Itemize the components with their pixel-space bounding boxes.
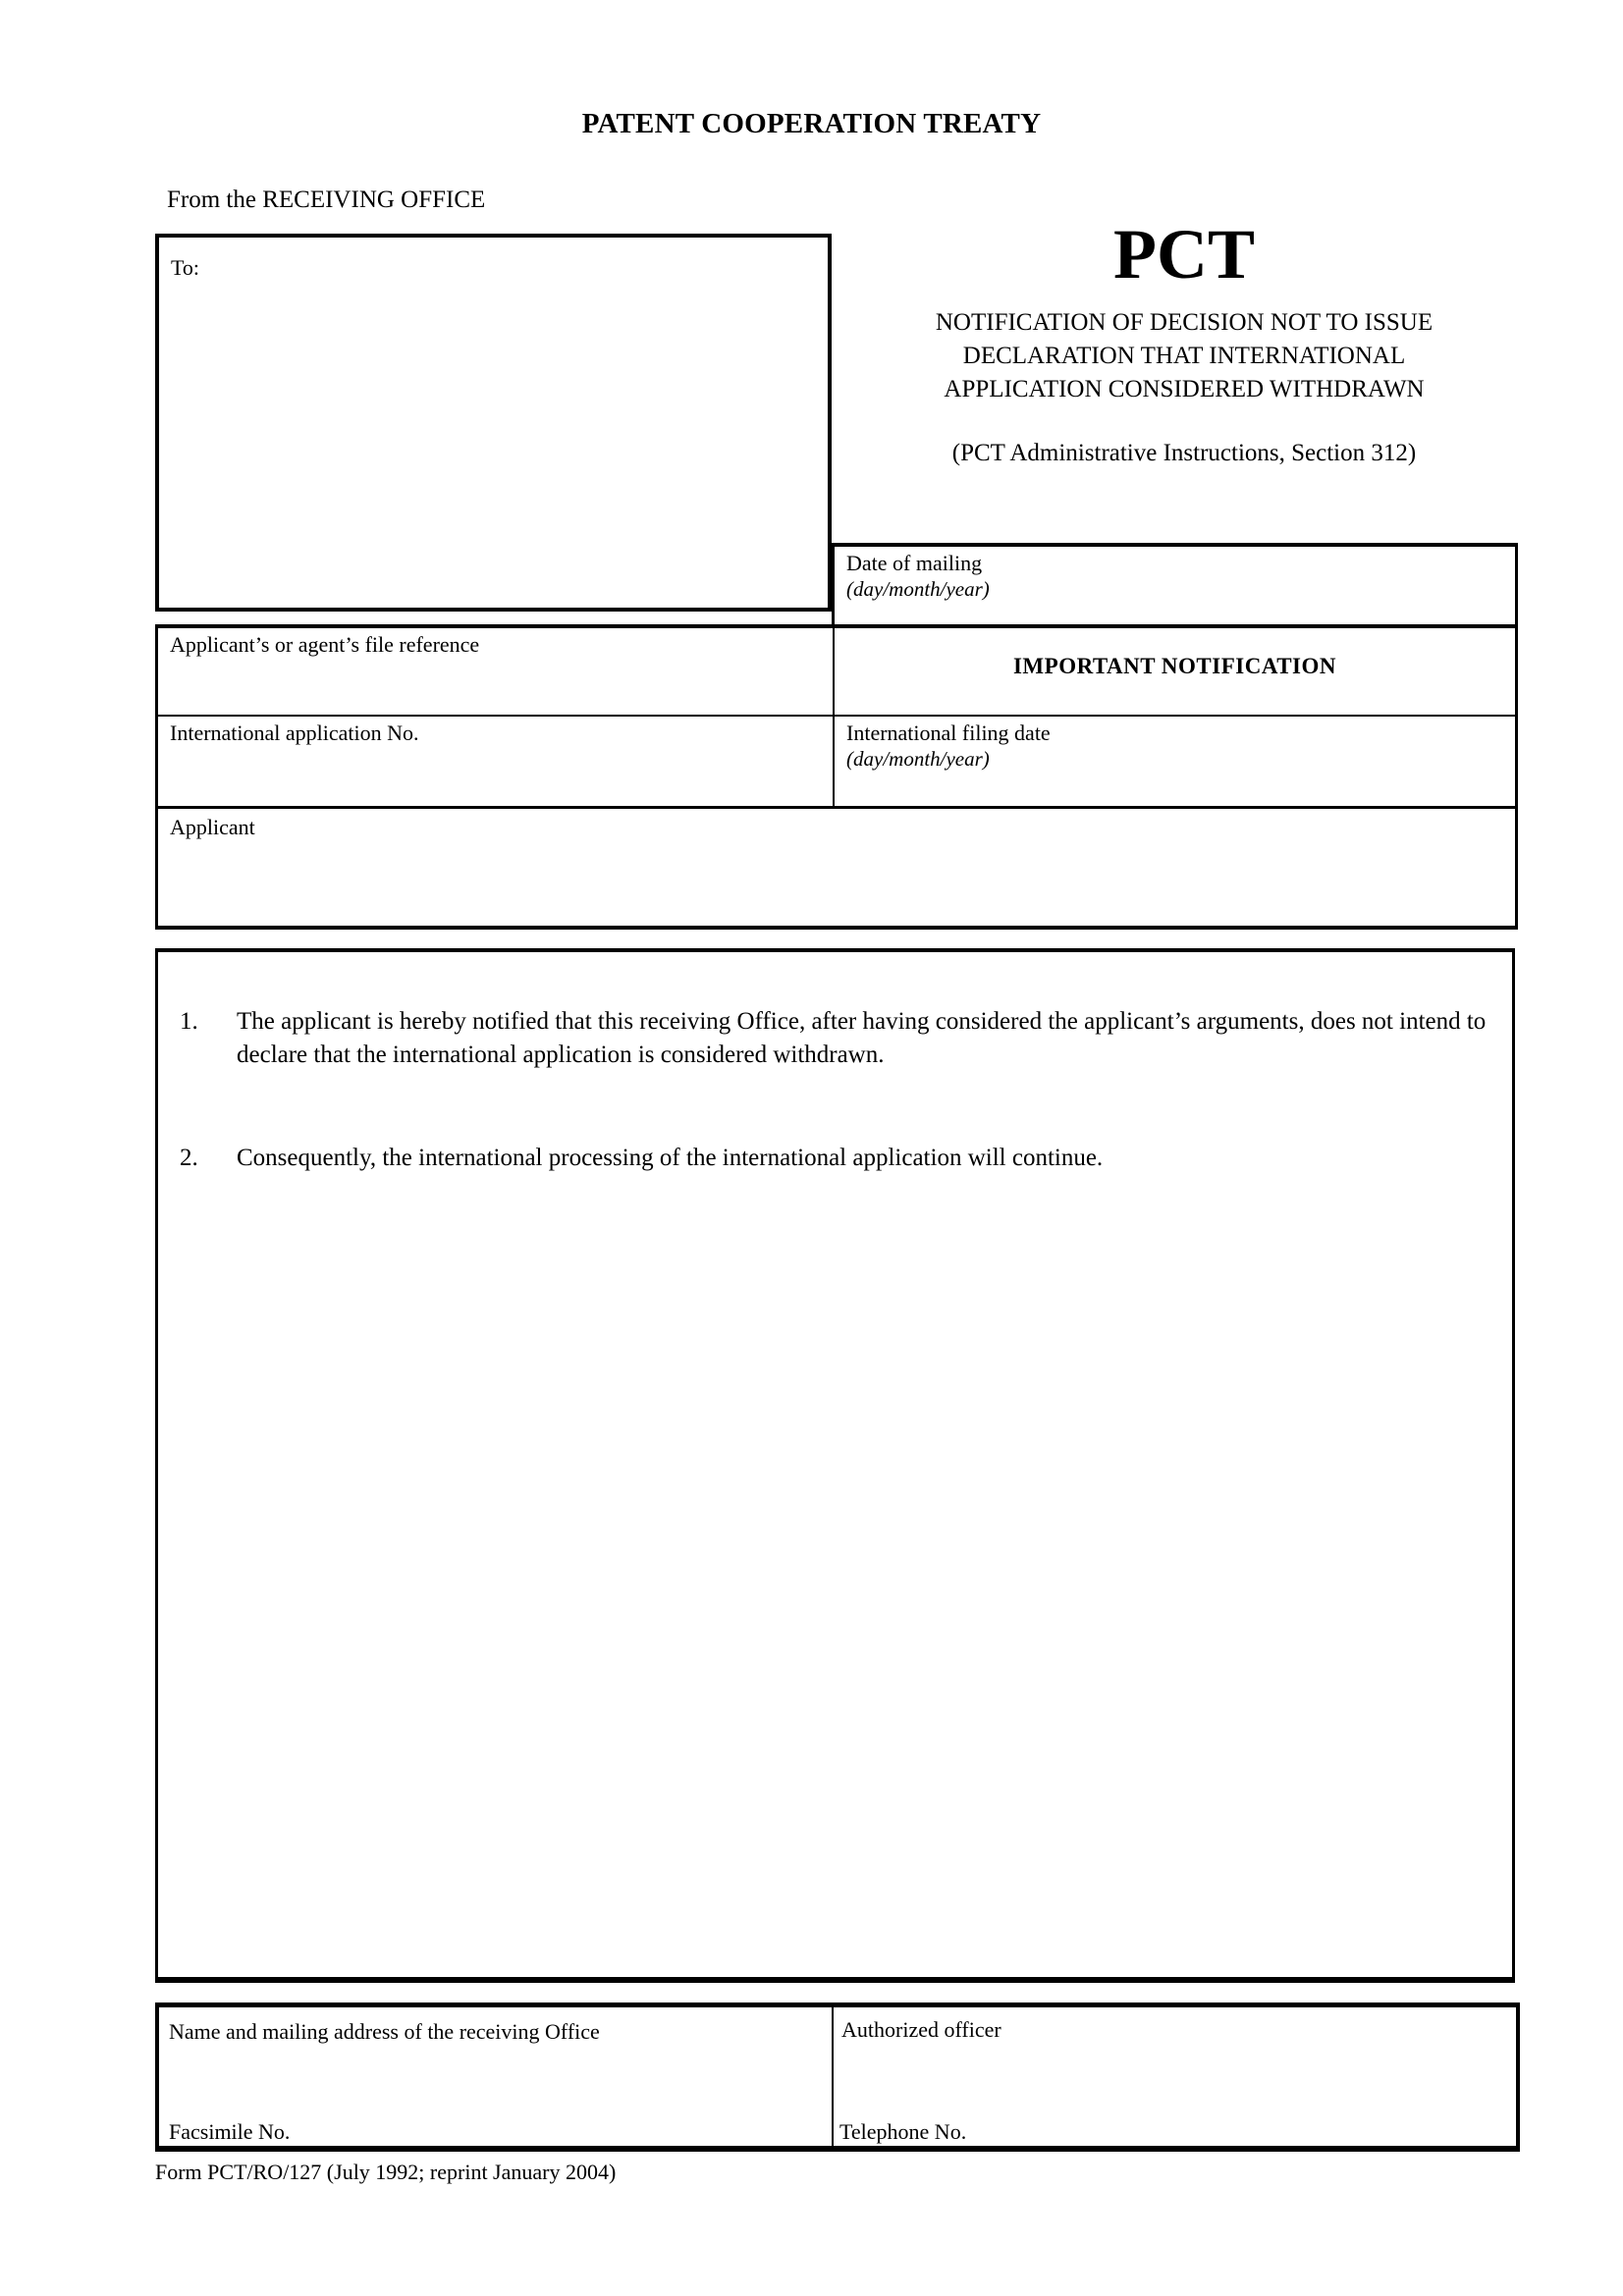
authorized-officer-cell: Authorized officer Telephone No. bbox=[834, 2007, 1516, 2146]
notification-title: NOTIFICATION OF DECISION NOT TO ISSUE DE… bbox=[840, 306, 1528, 406]
important-notification-label: IMPORTANT NOTIFICATION bbox=[835, 654, 1515, 679]
applicant-label: Applicant bbox=[170, 815, 255, 840]
item-text: Consequently, the international processi… bbox=[237, 1142, 1494, 1175]
office-address-label: Name and mailing address of the receivin… bbox=[169, 2019, 600, 2045]
notification-body: 1. The applicant is hereby notified that… bbox=[155, 948, 1515, 1983]
filing-date-format-hint: (day/month/year) bbox=[846, 746, 1051, 772]
applicant-field: Applicant bbox=[158, 809, 1515, 926]
file-reference-label: Applicant’s or agent’s file reference bbox=[170, 632, 479, 658]
addressee-box: To: bbox=[155, 234, 832, 612]
office-contact-box: Name and mailing address of the receivin… bbox=[155, 2002, 1520, 2152]
from-receiving-office: From the RECEIVING OFFICE bbox=[167, 187, 485, 214]
item-number: 1. bbox=[180, 1005, 198, 1039]
filing-date-field: International filing date (day/month/yea… bbox=[835, 717, 1515, 809]
facsimile-label: Facsimile No. bbox=[169, 2119, 290, 2145]
instructions-reference: (PCT Administrative Instructions, Sectio… bbox=[840, 440, 1528, 467]
notification-line: APPLICATION CONSIDERED WITHDRAWN bbox=[840, 373, 1528, 406]
file-reference-field: Applicant’s or agent’s file reference bbox=[158, 628, 835, 717]
filing-date-label: International filing date bbox=[846, 721, 1051, 746]
to-label: To: bbox=[171, 255, 199, 281]
pct-heading: PCT bbox=[840, 214, 1528, 295]
document-title: PATENT COOPERATION TREATY bbox=[0, 108, 1623, 140]
date-of-mailing-label: Date of mailing bbox=[846, 551, 990, 576]
date-of-mailing-field: Date of mailing (day/month/year) bbox=[832, 543, 1518, 626]
form-identifier: Form PCT/RO/127 (July 1992; reprint Janu… bbox=[155, 2160, 616, 2185]
item-number: 2. bbox=[180, 1142, 198, 1175]
application-number-label: International application No. bbox=[170, 721, 419, 746]
item-text: The applicant is hereby notified that th… bbox=[237, 1005, 1494, 1072]
date-format-hint: (day/month/year) bbox=[846, 576, 990, 602]
notification-line: NOTIFICATION OF DECISION NOT TO ISSUE bbox=[840, 306, 1528, 340]
notification-line: DECLARATION THAT INTERNATIONAL bbox=[840, 340, 1528, 373]
authorized-officer-label: Authorized officer bbox=[841, 2017, 1001, 2043]
application-details-grid: Applicant’s or agent’s file reference IM… bbox=[155, 624, 1518, 930]
office-address-cell: Name and mailing address of the receivin… bbox=[159, 2007, 834, 2146]
telephone-label: Telephone No. bbox=[839, 2119, 966, 2145]
application-number-field: International application No. bbox=[158, 717, 835, 809]
important-notification-cell: IMPORTANT NOTIFICATION bbox=[835, 628, 1515, 717]
